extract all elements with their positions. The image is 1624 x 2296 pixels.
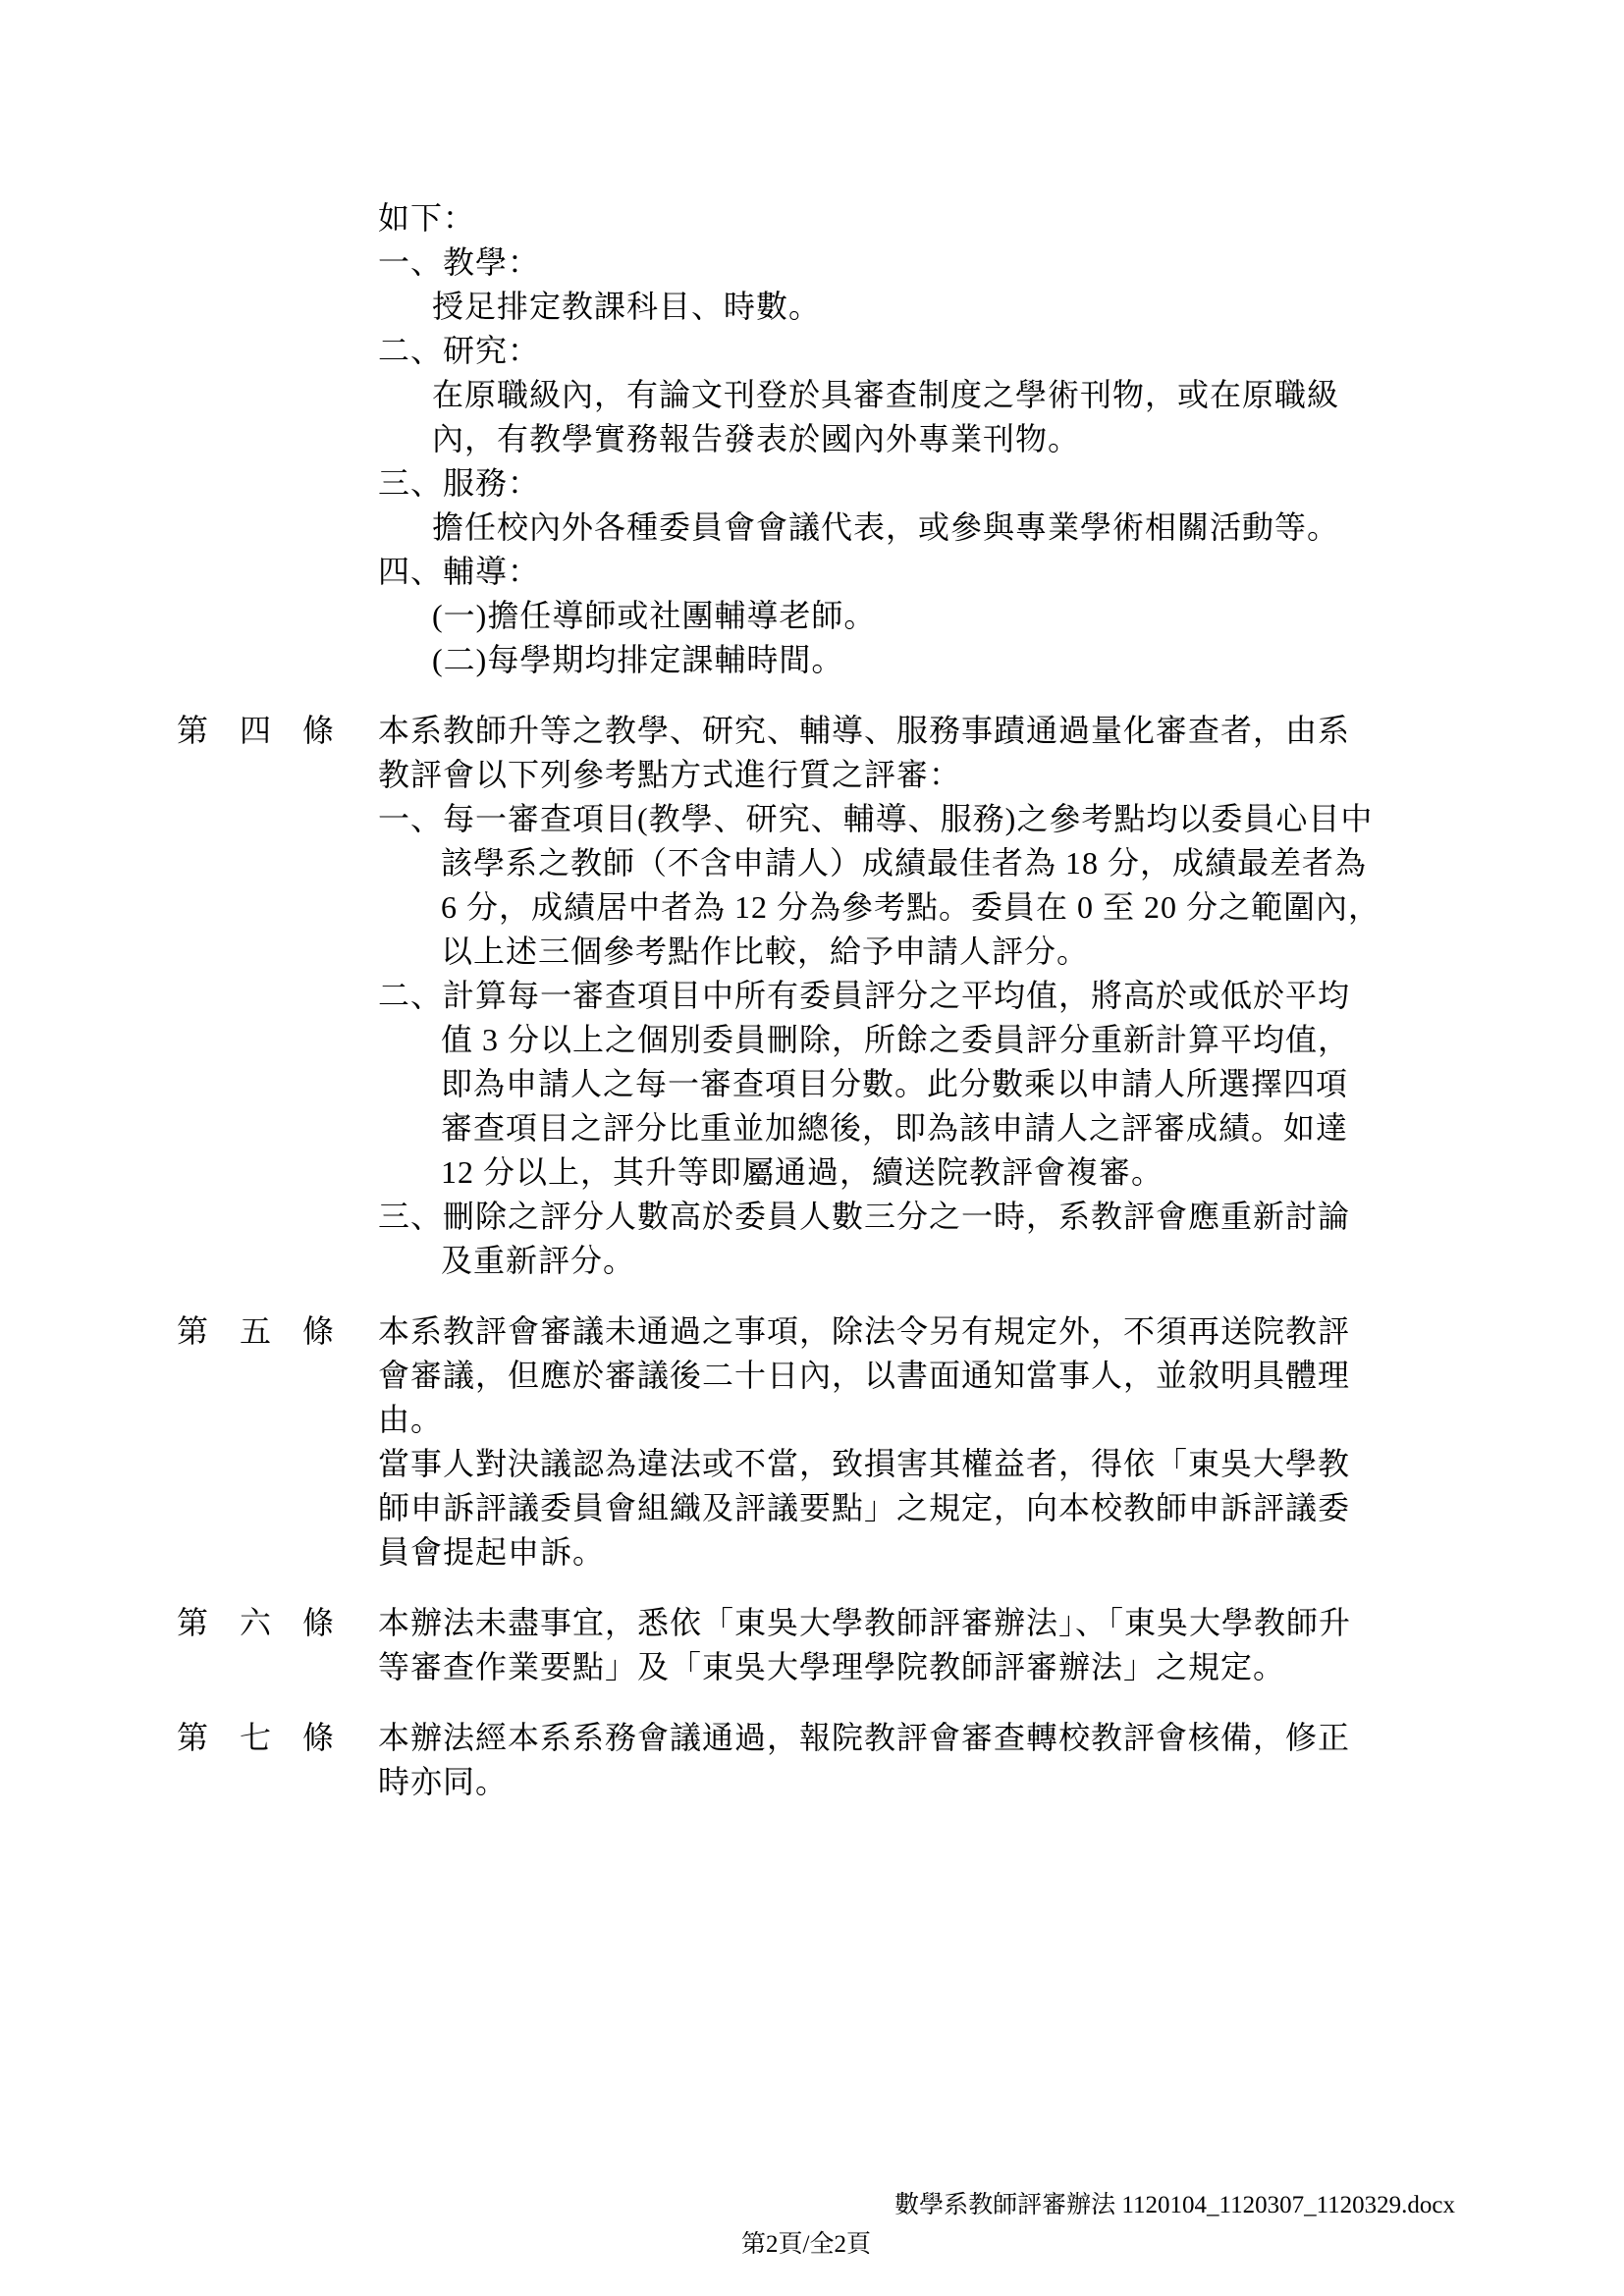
text-line: 等審查作業要點」及「東吳大學理學院教師評審辦法」之規定。 <box>378 1645 1463 1689</box>
text-line: 由。 <box>378 1398 1463 1442</box>
article-number: 第 六 條 <box>177 1601 378 1645</box>
article-body: 本辦法未盡事宜，悉依「東吳大學教師評審辦法」、「東吳大學教師升 等審查作業要點」… <box>378 1601 1463 1689</box>
text-line: 6 分，成績居中者為 12 分為參考點。委員在 0 至 20 分之範圍內， <box>378 885 1463 930</box>
text-line: 時亦同。 <box>378 1760 1463 1804</box>
text-line: 授足排定教課科目、時數。 <box>378 285 1463 329</box>
article-5: 第 五 條 本系教評會審議未通過之事項，除法令另有規定外，不須再送院教評 會審議… <box>177 1309 1463 1575</box>
document-page: 如下： 一、教學： 授足排定教課科目、時數。 二、研究： 在原職級內，有論文刊登… <box>0 0 1624 2296</box>
article-6: 第 六 條 本辦法未盡事宜，悉依「東吳大學教師評審辦法」、「東吳大學教師升 等審… <box>177 1601 1463 1689</box>
article-number: 第 七 條 <box>177 1716 378 1760</box>
text-line: (一)擔任導師或社團輔導老師。 <box>378 594 1463 638</box>
list-item: 四、輔導： <box>378 550 1463 594</box>
text-line: (二)每學期均排定課輔時間。 <box>378 638 1463 682</box>
text-line: 擔任校內外各種委員會會議代表，或參與專業學術相關活動等。 <box>378 506 1463 550</box>
article-number: 第 四 條 <box>177 709 378 753</box>
text-line: 在原職級內，有論文刊登於具審查制度之學術刊物，或在原職級 <box>378 373 1463 417</box>
text-line: 本系教師升等之教學、研究、輔導、服務事蹟通過量化審查者，由系 <box>378 709 1463 753</box>
text-line: 如下： <box>378 196 1463 240</box>
text-line: 本系教評會審議未通過之事項，除法令另有規定外，不須再送院教評 <box>378 1309 1463 1354</box>
text-line: 會審議，但應於審議後二十日內，以書面通知當事人，並敘明具體理 <box>378 1354 1463 1398</box>
footer-page-indicator: 第2頁/全2頁 <box>741 2230 871 2260</box>
text-line: 審查項目之評分比重並加總後，即為該申請人之評審成績。如達 <box>378 1106 1463 1150</box>
list-item: 三、服務： <box>378 461 1463 506</box>
text-line: 員會提起申訴。 <box>378 1530 1463 1575</box>
text-line: 以上述三個參考點作比較，給予申請人評分。 <box>378 930 1463 974</box>
list-item: 一、教學： <box>378 240 1463 285</box>
footer-filename: 數學系教師評審辦法 1120104_1120307_1120329.docx <box>894 2191 1455 2220</box>
article-body: 本辦法經本系系務會議通過，報院教評會審查轉校教評會核備，修正 時亦同。 <box>378 1716 1463 1804</box>
article-number: 第 五 條 <box>177 1309 378 1354</box>
document-content: 如下： 一、教學： 授足排定教課科目、時數。 二、研究： 在原職級內，有論文刊登… <box>177 196 1463 1804</box>
text-line: 教評會以下列參考點方式進行質之評審： <box>378 753 1463 797</box>
text-line: 本辦法未盡事宜，悉依「東吳大學教師評審辦法」、「東吳大學教師升 <box>378 1601 1463 1645</box>
text-line: 本辦法經本系系務會議通過，報院教評會審查轉校教評會核備，修正 <box>378 1716 1463 1760</box>
text-line: 該學系之教師（不含申請人）成績最佳者為 18 分，成績最差者為 <box>378 841 1463 885</box>
text-line: 12 分以上，其升等即屬通過，續送院教評會複審。 <box>378 1150 1463 1195</box>
article-body: 本系教評會審議未通過之事項，除法令另有規定外，不須再送院教評 會審議，但應於審議… <box>378 1309 1463 1575</box>
text-line: 當事人對決議認為違法或不當，致損害其權益者，得依「東吳大學教 <box>378 1442 1463 1486</box>
text-line: 師申訴評議委員會組織及評議要點」之規定，向本校教師申訴評議委 <box>378 1486 1463 1530</box>
list-item: 二、計算每一審查項目中所有委員評分之平均值，將高於或低於平均 <box>378 974 1463 1018</box>
article-three-continuation: 如下： 一、教學： 授足排定教課科目、時數。 二、研究： 在原職級內，有論文刊登… <box>378 196 1463 682</box>
article-7: 第 七 條 本辦法經本系系務會議通過，報院教評會審查轉校教評會核備，修正 時亦同… <box>177 1716 1463 1804</box>
list-item: 二、研究： <box>378 329 1463 373</box>
text-line: 及重新評分。 <box>378 1239 1463 1283</box>
text-line: 內，有教學實務報告發表於國內外專業刊物。 <box>378 417 1463 461</box>
text-line: 即為申請人之每一審查項目分數。此分數乘以申請人所選擇四項 <box>378 1062 1463 1106</box>
text-line: 值 3 分以上之個別委員刪除，所餘之委員評分重新計算平均值， <box>378 1018 1463 1062</box>
list-item: 一、每一審查項目(教學、研究、輔導、服務)之參考點均以委員心目中 <box>378 797 1463 841</box>
list-item: 三、刪除之評分人數高於委員人數三分之一時，系教評會應重新討論 <box>378 1195 1463 1239</box>
article-4: 第 四 條 本系教師升等之教學、研究、輔導、服務事蹟通過量化審查者，由系 教評會… <box>177 709 1463 1283</box>
article-body: 本系教師升等之教學、研究、輔導、服務事蹟通過量化審查者，由系 教評會以下列參考點… <box>378 709 1463 1283</box>
